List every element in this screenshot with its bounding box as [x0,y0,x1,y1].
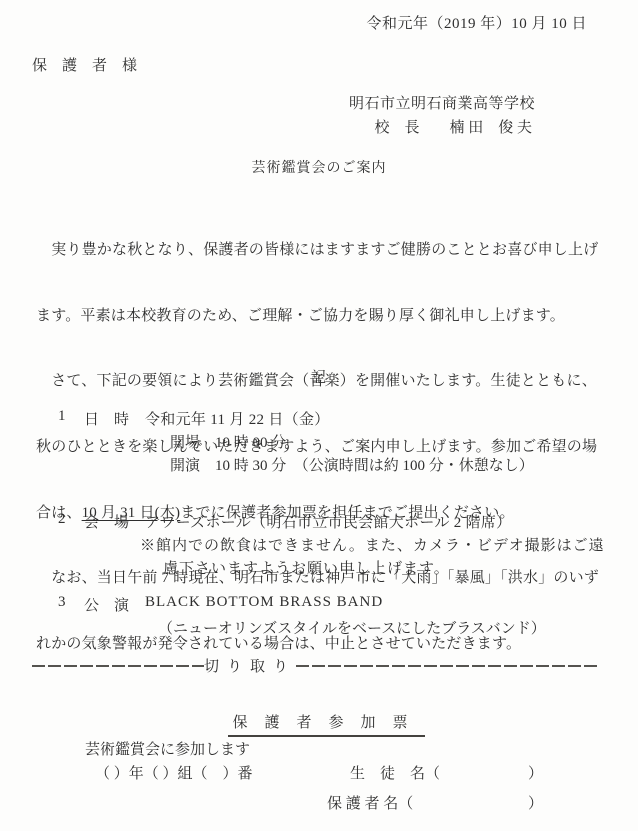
slip-student-name-label: 生 徒 名（ [350,762,440,783]
item-3-label: 公 演 [84,594,129,615]
item-2-note-line: ※館内での飲食はできません。また、カメラ・ビデオ撮影はご遠 [140,534,605,555]
item-2-number: 2 [58,511,66,528]
item-2-label: 会 場 [84,511,129,532]
slip-guardian-name-label: 保 護 者 名（ [327,792,413,813]
item-3-number: 3 [58,594,66,611]
body-line: ます。平素は本校教育のため、ご理解・ご協力を賜り厚く御礼申し上げます。 [36,306,599,328]
cut-line-label: 切り取り [204,655,296,676]
recipient-line: 保 護 者 様 [32,54,137,75]
item-1-subline: 開場 10 時 00 分 [170,431,286,452]
cut-line-dash-left [32,665,204,667]
slip-student-name-close-paren: ） [528,762,543,783]
item-1-label: 日 時 [84,408,129,429]
item-2-content: アワーズホール（明石市立市民会館大ホール 2 階席） [145,511,511,532]
document-date: 令和元年（2019 年）10 月 10 日 [366,12,587,33]
item-1-subline: 開演 10 時 30 分 （公演時間は約 100 分・休憩なし） [170,454,534,475]
sender-school-name: 明石市立明石商業高等学校 [349,92,535,113]
cut-line-dash-right [296,665,598,667]
slip-statement: 芸術鑑賞会に参加します [85,738,250,759]
item-3-content: BLACK BOTTOM BRASS BAND [145,594,383,611]
item-1-content: 令和元年 11 月 22 日（金） [145,408,330,429]
slip-title: 保護者参加票 [228,711,424,737]
slip-class-fields: （ ）年（ ）組（ ）番 [95,762,253,783]
sender-principal-name: 校 長 楠 田 俊 夫 [374,116,532,137]
record-marker: 記 [0,366,638,387]
body-line: 実り豊かな秋となり、保護者の皆様にはますますご健勝のこととお喜び申し上げ [36,240,599,262]
slip-guardian-name-close-paren: ） [528,792,543,813]
scanned-notice-document: 令和元年（2019 年）10 月 10 日 保 護 者 様 明石市立明石商業高等… [0,0,638,831]
document-title: 芸術鑑賞会のご案内 [0,157,638,177]
item-3-subline: （ニューオリンズスタイルをベースにしたブラスバンド） [158,617,546,638]
item-1-number: 1 [58,408,66,425]
item-2-note-line: 慮下さいますようお願い申し上げます。 [163,557,450,578]
